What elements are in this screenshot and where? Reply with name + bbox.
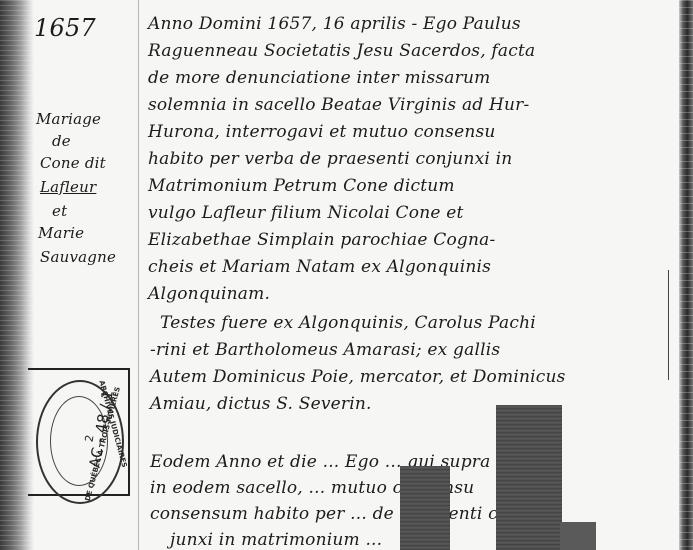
margin-note-line: Mariage (36, 110, 101, 128)
witness-line: Amiau, dictus S. Severin. (150, 394, 372, 414)
entry-line: solemnia in sacello Beatae Virginis ad H… (148, 95, 529, 115)
entry-line: vulgo Lafleur filium Nicolai Cone et (148, 203, 464, 223)
damage-patch (400, 466, 450, 550)
damage-patch (560, 522, 596, 550)
entry-line: Raguenneau Societatis Jesu Sacerdos, fac… (148, 41, 535, 61)
margin-year: 1657 (34, 14, 96, 42)
register-page: 1657 Mariage de Cone dit Lafleur et Mari… (0, 0, 693, 550)
bracket-mark (668, 270, 679, 380)
right-binding-edge (679, 0, 693, 550)
entry-line: Matrimonium Petrum Cone dictum (148, 176, 455, 196)
entry-line: habito per verba de praesenti conjunxi i… (148, 149, 512, 169)
entry-line: cheis et Mariam Natam ex Algonquinis (148, 257, 491, 277)
entry-line: de more denunciatione inter missarum (148, 68, 490, 88)
entry-2-line: consensum habito per ... de praesenti co… (150, 504, 525, 524)
witness-line: Testes fuere ex Algonquinis, Carolus Pac… (160, 313, 536, 333)
damage-patch (496, 405, 562, 550)
entry-line: Anno Domini 1657, 16 aprilis - Ego Paulu… (148, 14, 521, 34)
margin-rule (138, 0, 139, 550)
entry-2-line: junxi in matrimonium ... (170, 530, 382, 550)
witness-line: Autem Dominicus Poie, mercator, et Domin… (150, 367, 566, 387)
entry-line: Algonquinam. (148, 284, 270, 304)
margin-note-line: Marie (38, 224, 84, 242)
entry-line: Hurona, interrogavi et mutuo consensu (148, 122, 496, 142)
margin-note-line: de (52, 132, 71, 150)
margin-note-line: Sauvagne (40, 248, 116, 266)
margin-note-line: Lafleur (40, 178, 96, 196)
margin-note-line: Cone dit (40, 154, 106, 172)
margin-note-line: et (52, 202, 67, 220)
witness-line: -rini et Bartholomeus Amarasi; ex gallis (150, 340, 500, 360)
entry-line: Elizabethae Simplain parochiae Cogna- (148, 230, 495, 250)
